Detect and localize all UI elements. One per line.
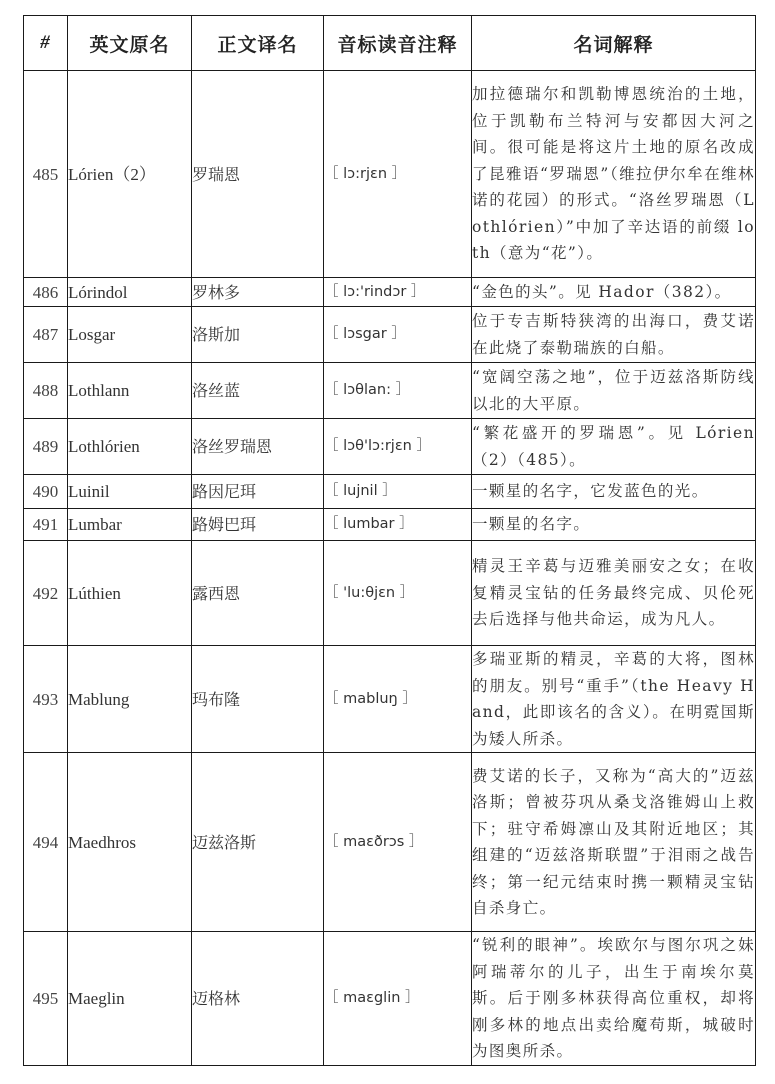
definition: “繁花盛开的罗瑞恩”。见 Lórien（2）（485）。 [472,419,756,475]
definition: 费艾诺的长子，又称为“高大的”迈兹洛斯；曾被芬巩从桑戈洛锥姆山上救下；驻守希姆凛… [472,753,756,932]
pronunciation: ［ lɔθlan: ］ [324,363,472,419]
entry-number: 486 [24,278,68,307]
english-name: Maeglin [68,932,192,1066]
chinese-name: 路因尼珥 [192,475,324,509]
table-row: 490 Luinil 路因尼珥 ［ lujnil ］ 一颗星的名字，它发蓝色的光… [24,475,756,509]
table-row: 494 Maedhros 迈兹洛斯 ［ maɛðrɔs ］ 费艾诺的长子，又称为… [24,753,756,932]
glossary-table: # 英文原名 正文译名 音标读音注释 名词解释 485 Lórien（2） 罗瑞… [23,15,756,1066]
english-name: Maedhros [68,753,192,932]
pronunciation: ［ lujnil ］ [324,475,472,509]
english-name: Losgar [68,307,192,363]
entry-number: 488 [24,363,68,419]
header-row: # 英文原名 正文译名 音标读音注释 名词解释 [24,16,756,71]
english-name: Lothlann [68,363,192,419]
chinese-name: 露西恩 [192,541,324,646]
english-name: Lothlórien [68,419,192,475]
pronunciation: ［ maɛglin ］ [324,932,472,1066]
entry-number: 495 [24,932,68,1066]
pronunciation: ［ maɛðrɔs ］ [324,753,472,932]
chinese-name: 洛丝蓝 [192,363,324,419]
header-number: # [24,16,68,71]
table-row: 485 Lórien（2） 罗瑞恩 ［ lɔ:rjɛn ］ 加拉德瑞尔和凯勒博恩… [24,71,756,278]
chinese-name: 迈格林 [192,932,324,1066]
definition: 一颗星的名字，它发蓝色的光。 [472,475,756,509]
pronunciation: ［ lumbar ］ [324,509,472,541]
chinese-name: 罗林多 [192,278,324,307]
pronunciation: ［ lɔ:'rindɔr ］ [324,278,472,307]
definition: “金色的头”。见 Hador（382）。 [472,278,756,307]
chinese-name: 罗瑞恩 [192,71,324,278]
table-row: 493 Mablung 玛布隆 ［ mabluŋ ］ 多瑞亚斯的精灵，辛葛的大将… [24,646,756,753]
chinese-name: 路姆巴珥 [192,509,324,541]
pronunciation: ［ mabluŋ ］ [324,646,472,753]
pronunciation: ［ lɔsgar ］ [324,307,472,363]
header-pronunciation: 音标读音注释 [324,16,472,71]
definition: “宽阔空荡之地”，位于迈兹洛斯防线以北的大平原。 [472,363,756,419]
pronunciation: ［ lɔθ'lɔ:rjɛn ］ [324,419,472,475]
header-english-name: 英文原名 [68,16,192,71]
english-name: Lúthien [68,541,192,646]
entry-number: 494 [24,753,68,932]
definition: 位于专吉斯特狭湾的出海口，费艾诺在此烧了泰勒瑞族的白船。 [472,307,756,363]
pronunciation: ［ 'lu:θjɛn ］ [324,541,472,646]
table-row: 487 Losgar 洛斯加 ［ lɔsgar ］ 位于专吉斯特狭湾的出海口，费… [24,307,756,363]
glossary-body: 485 Lórien（2） 罗瑞恩 ［ lɔ:rjɛn ］ 加拉德瑞尔和凯勒博恩… [24,71,756,1066]
entry-number: 493 [24,646,68,753]
table-row: 491 Lumbar 路姆巴珥 ［ lumbar ］ 一颗星的名字。 [24,509,756,541]
entry-number: 485 [24,71,68,278]
table-row: 488 Lothlann 洛丝蓝 ［ lɔθlan: ］ “宽阔空荡之地”，位于… [24,363,756,419]
chinese-name: 洛斯加 [192,307,324,363]
english-name: Lórien（2） [68,71,192,278]
table-row: 495 Maeglin 迈格林 ［ maɛglin ］ “锐利的眼神”。埃欧尔与… [24,932,756,1066]
english-name: Mablung [68,646,192,753]
entry-number: 492 [24,541,68,646]
table-row: 489 Lothlórien 洛丝罗瑞恩 ［ lɔθ'lɔ:rjɛn ］ “繁花… [24,419,756,475]
glossary-page: # 英文原名 正文译名 音标读音注释 名词解释 485 Lórien（2） 罗瑞… [23,15,755,1066]
pronunciation: ［ lɔ:rjɛn ］ [324,71,472,278]
table-row: 492 Lúthien 露西恩 ［ 'lu:θjɛn ］ 精灵王辛葛与迈雅美丽安… [24,541,756,646]
entry-number: 490 [24,475,68,509]
chinese-name: 玛布隆 [192,646,324,753]
english-name: Lórindol [68,278,192,307]
entry-number: 491 [24,509,68,541]
table-row: 486 Lórindol 罗林多 ［ lɔ:'rindɔr ］ “金色的头”。见… [24,278,756,307]
english-name: Luinil [68,475,192,509]
entry-number: 489 [24,419,68,475]
definition: 加拉德瑞尔和凯勒博恩统治的土地，位于凯勒布兰特河与安都因大河之间。很可能是将这片… [472,71,756,278]
definition: 精灵王辛葛与迈雅美丽安之女；在收复精灵宝钻的任务最终完成、贝伦死去后选择与他共命… [472,541,756,646]
header-chinese-name: 正文译名 [192,16,324,71]
definition: “锐利的眼神”。埃欧尔与图尔巩之妹阿瑞蒂尔的儿子，出生于南埃尔莫斯。后于刚多林获… [472,932,756,1066]
english-name: Lumbar [68,509,192,541]
definition: 一颗星的名字。 [472,509,756,541]
header-definition: 名词解释 [472,16,756,71]
definition: 多瑞亚斯的精灵，辛葛的大将，图林的朋友。别号“重手”（the Heavy Han… [472,646,756,753]
chinese-name: 洛丝罗瑞恩 [192,419,324,475]
chinese-name: 迈兹洛斯 [192,753,324,932]
entry-number: 487 [24,307,68,363]
